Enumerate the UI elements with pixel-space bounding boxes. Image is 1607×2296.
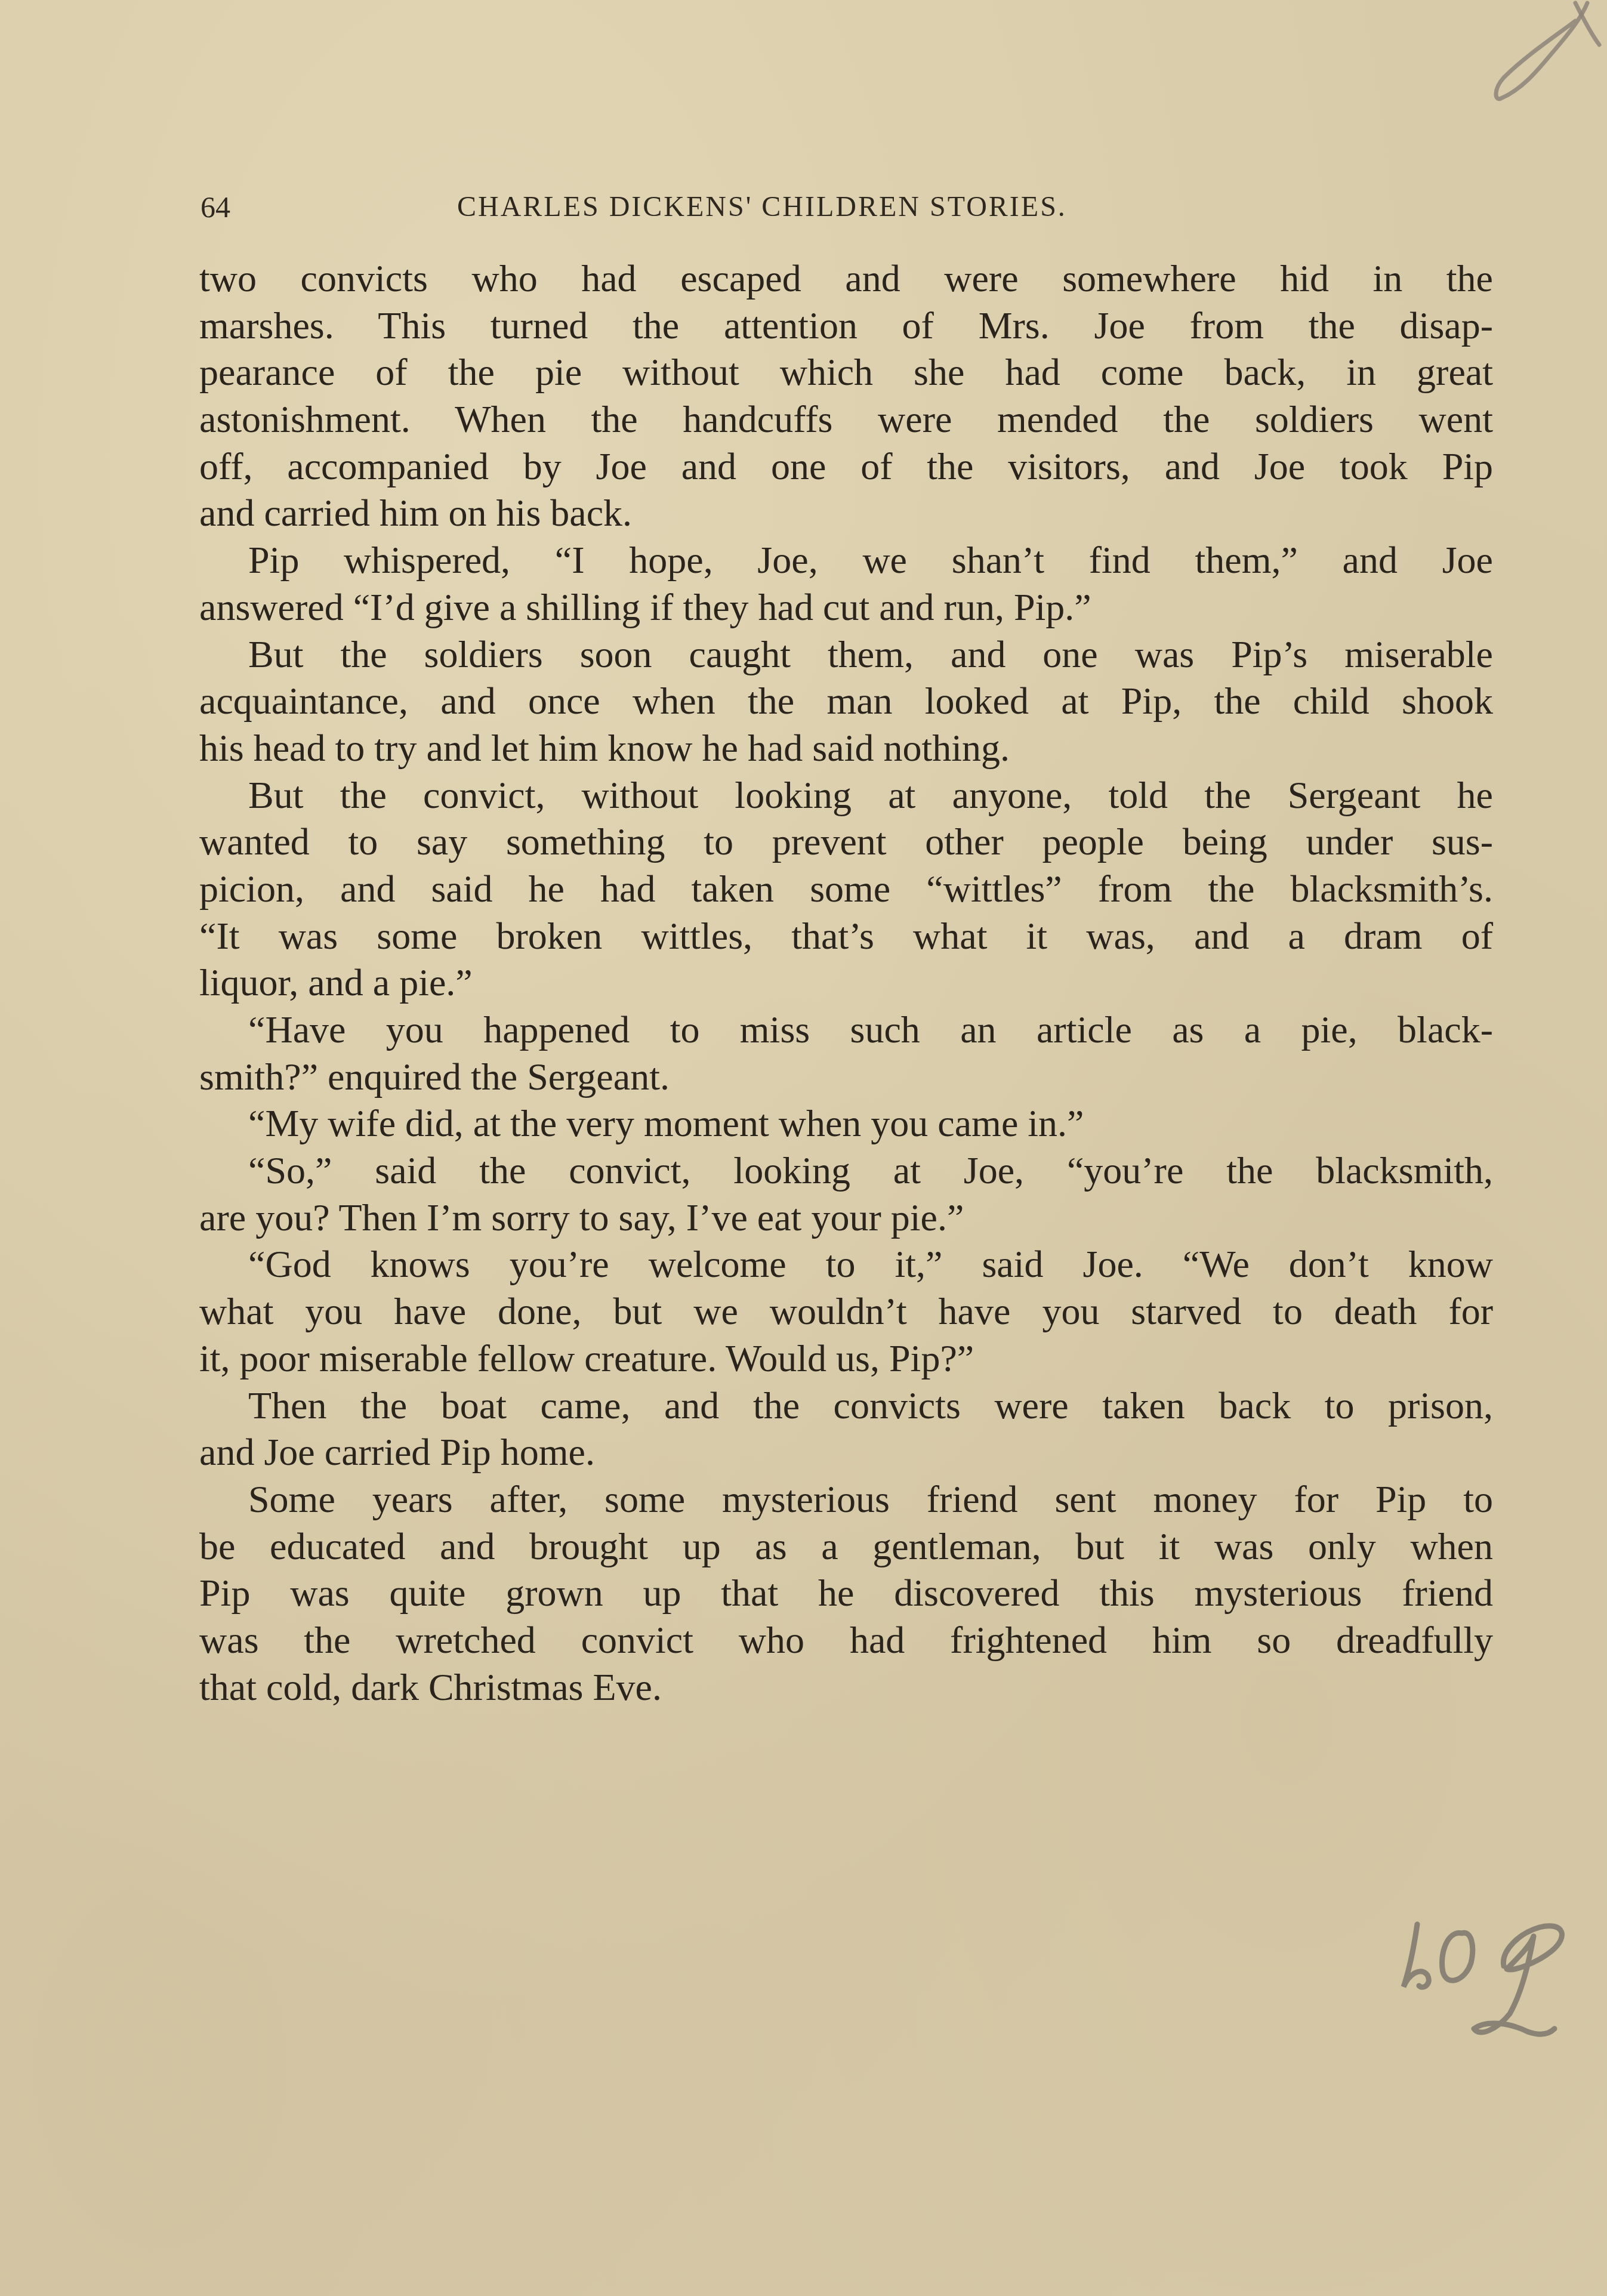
text-line: off, accompanied by Joe and one of the v…: [199, 443, 1493, 490]
text-line: was the wretched convict who had frighte…: [199, 1617, 1493, 1664]
text-line: marshes. This turned the attention of Mr…: [199, 303, 1493, 350]
text-line: smith?” enquired the Sergeant.: [199, 1054, 1493, 1101]
text-line: “God knows you’re welcome to it,” said J…: [199, 1241, 1493, 1288]
text-line: are you? Then I’m sorry to say, I’ve eat…: [199, 1195, 1493, 1242]
pencil-price-mark: [1390, 1909, 1587, 2053]
text-line: Pip whispered, “I hope, Joe, we shan’t f…: [199, 537, 1493, 584]
text-line: wanted to say something to prevent other…: [199, 819, 1493, 866]
page-number: 64: [201, 186, 230, 228]
text-line: be educated and brought up as a gentlema…: [199, 1523, 1493, 1570]
text-line: But the soldiers soon caught them, and o…: [199, 631, 1493, 678]
book-page: 64 CHARLES DICKENS' CHILDREN STORIES. tw…: [0, 0, 1607, 2296]
text-line: and carried him on his back.: [199, 490, 1493, 537]
text-line: “My wife did, at the very moment when yo…: [199, 1100, 1493, 1147]
text-line: and Joe carried Pip home.: [199, 1429, 1493, 1476]
text-line: two convicts who had escaped and were so…: [199, 255, 1493, 303]
text-line: answered “I’d give a shilling if they ha…: [199, 584, 1493, 631]
text-line: acquaintance, and once when the man look…: [199, 678, 1493, 725]
text-line: pearance of the pie without which she ha…: [199, 349, 1493, 396]
text-line: Then the boat came, and the convicts wer…: [199, 1382, 1493, 1430]
text-line: liquor, and a pie.”: [199, 959, 1493, 1007]
running-head: 64 CHARLES DICKENS' CHILDREN STORIES.: [201, 186, 1489, 228]
text-line: astonishment. When the handcuffs were me…: [199, 396, 1493, 443]
text-line: picion, and said he had taken some “witt…: [199, 866, 1493, 913]
body-text: two convicts who had escaped and were so…: [199, 255, 1493, 1711]
text-line: what you have done, but we wouldn’t have…: [199, 1288, 1493, 1335]
text-line: Pip was quite grown up that he discovere…: [199, 1570, 1493, 1617]
text-line: “So,” said the convict, looking at Joe, …: [199, 1147, 1493, 1195]
text-line: that cold, dark Christmas Eve.: [199, 1664, 1493, 1711]
text-line: But the convict, without looking at anyo…: [199, 772, 1493, 819]
text-line: Some years after, some mysterious friend…: [199, 1476, 1493, 1523]
text-line: it, poor miserable fellow creature. Woul…: [199, 1335, 1493, 1382]
text-line: his head to try and let him know he had …: [199, 725, 1493, 772]
text-line: “It was some broken wittles, that’s what…: [199, 913, 1493, 960]
running-title: CHARLES DICKENS' CHILDREN STORIES.: [457, 186, 1067, 228]
pencil-scribble-top-right: [1480, 0, 1607, 107]
text-line: “Have you happened to miss such an artic…: [199, 1007, 1493, 1054]
